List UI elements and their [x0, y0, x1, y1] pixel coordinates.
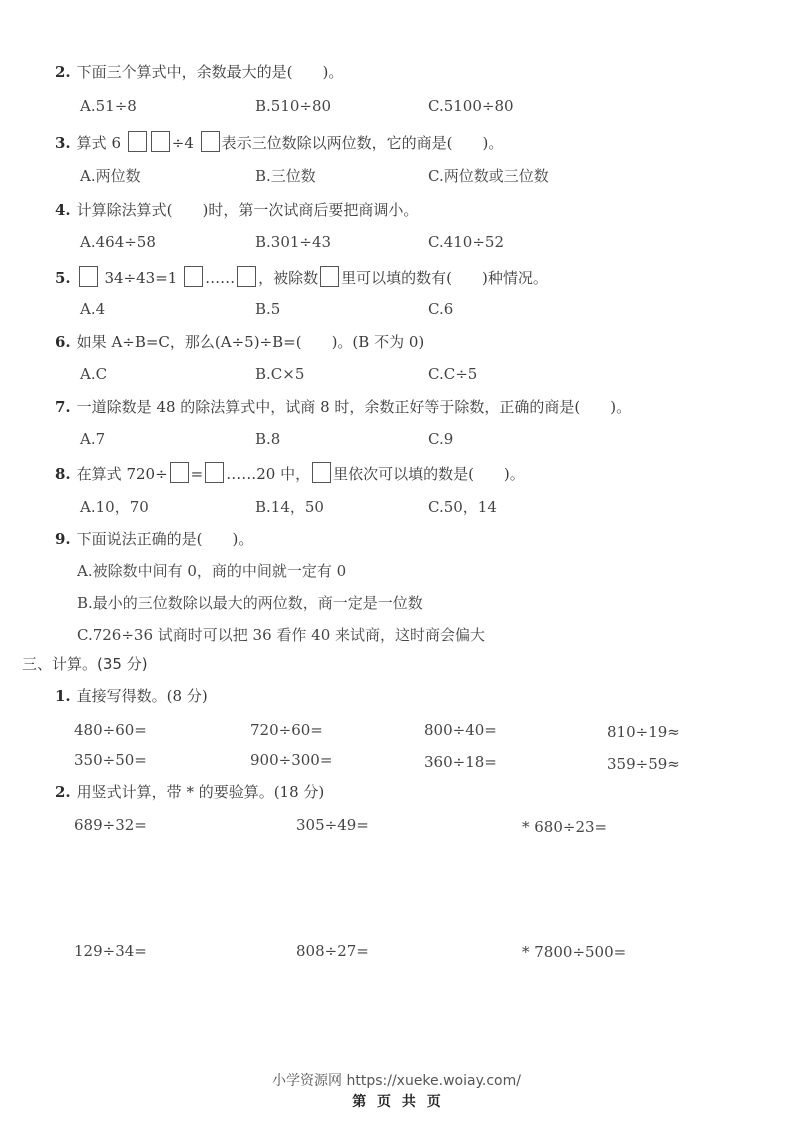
blank-box[interactable]: [320, 266, 339, 287]
part-2-heading: 2.用竖式计算，带 * 的要验算。(18 分): [55, 782, 324, 802]
option-c: C.C÷5: [428, 364, 477, 384]
calc-item: 810÷19≈: [607, 722, 680, 742]
option-b: B.最小的三位数除以最大的两位数，商一定是一位数: [77, 593, 423, 613]
option-a: A.被除数中间有 0，商的中间就一定有 0: [77, 561, 346, 581]
question-text-part4: 里依次可以填的数是( )。: [333, 465, 525, 483]
question-6: 6.如果 A÷B=C，那么(A÷5)÷B=( )。(B 不为 0): [55, 332, 424, 352]
option-b: B.三位数: [255, 166, 316, 186]
blank-box[interactable]: [170, 462, 189, 483]
question-8: 8.在算式 720÷=……20 中，里依次可以填的数是( )。: [55, 462, 525, 484]
blank-box[interactable]: [201, 131, 220, 152]
calc-item: 480÷60=: [74, 720, 147, 740]
question-number: 8.: [55, 465, 71, 483]
question-number: 6.: [55, 333, 71, 351]
calc-item: 359÷59≈: [607, 754, 680, 774]
option-a: A.4: [80, 299, 105, 319]
calc-item: 350÷50=: [74, 750, 147, 770]
option-b: B.C×5: [255, 364, 304, 384]
question-text: 一道除数是 48 的除法算式中，试商 8 时，余数正好等于除数，正确的商是( )…: [77, 398, 631, 416]
calc-item: 360÷18=: [424, 752, 497, 772]
option-a: A.7: [80, 429, 105, 449]
question-5: 5. 34÷43=1 ……，被除数里可以填的数有( )种情况。: [55, 266, 548, 288]
calc-item: 808÷27=: [296, 941, 369, 961]
blank-box[interactable]: [312, 462, 331, 483]
calc-item: * 680÷23=: [522, 817, 607, 837]
question-number: 9.: [55, 530, 71, 548]
option-a: A.10，70: [80, 497, 149, 517]
question-number: 7.: [55, 398, 71, 416]
option-b: B.510÷80: [255, 96, 331, 116]
question-9: 9.下面说法正确的是( )。: [55, 529, 253, 549]
blank-box[interactable]: [205, 462, 224, 483]
question-number: 4.: [55, 201, 71, 219]
option-b: B.301÷43: [255, 232, 331, 252]
calc-item: 305÷49=: [296, 815, 369, 835]
calc-item: 129÷34=: [74, 941, 147, 961]
part-title: 用竖式计算，带 * 的要验算。(18 分): [77, 783, 325, 801]
question-3: 3.算式 6 ÷4 表示三位数除以两位数，它的商是( )。: [55, 131, 503, 153]
question-text-prefix: 算式 6: [77, 134, 121, 152]
part-1-heading: 1.直接写得数。(8 分): [55, 686, 208, 706]
option-b: B.14，50: [255, 497, 324, 517]
part-number: 1.: [55, 687, 71, 705]
question-text-part1: 在算式 720÷: [77, 465, 168, 483]
option-a: A.464÷58: [80, 232, 156, 252]
question-text-part3: ，被除数: [258, 269, 318, 287]
option-a: A.51÷8: [80, 96, 137, 116]
option-c: C.410÷52: [428, 232, 504, 252]
option-a: A.C: [80, 364, 107, 384]
part-number: 2.: [55, 783, 71, 801]
part-title: 直接写得数。(8 分): [77, 687, 208, 705]
option-c: C.9: [428, 429, 453, 449]
question-text-part1: 34÷43=1: [104, 269, 177, 287]
option-c: C.两位数或三位数: [428, 166, 549, 186]
footer-page-number: 第 页 共 页: [0, 1092, 793, 1112]
option-c: C.6: [428, 299, 453, 319]
question-text: 下面三个算式中，余数最大的是( )。: [77, 63, 344, 81]
question-number: 5.: [55, 269, 71, 287]
question-text-suffix: 表示三位数除以两位数，它的商是( )。: [222, 134, 504, 152]
blank-box[interactable]: [128, 131, 147, 152]
option-c: C.726÷36 试商时可以把 36 看作 40 来试商，这时商会偏大: [77, 625, 485, 645]
option-a: A.两位数: [80, 166, 141, 186]
calc-item: 900÷300=: [250, 750, 332, 770]
section-title: 三、计算。(35 分): [22, 654, 148, 674]
blank-box[interactable]: [79, 266, 98, 287]
question-7: 7.一道除数是 48 的除法算式中，试商 8 时，余数正好等于除数，正确的商是(…: [55, 397, 631, 417]
question-text-part2: =: [191, 465, 204, 483]
question-text-mid: ÷4: [172, 134, 194, 152]
option-b: B.8: [255, 429, 280, 449]
blank-box[interactable]: [151, 131, 170, 152]
question-4: 4.计算除法算式( )时，第一次试商后要把商调小。: [55, 200, 418, 220]
question-text: 计算除法算式( )时，第一次试商后要把商调小。: [77, 201, 419, 219]
blank-box[interactable]: [184, 266, 203, 287]
question-number: 2.: [55, 63, 71, 81]
question-text: 下面说法正确的是( )。: [77, 530, 254, 548]
calc-item: 800÷40=: [424, 720, 497, 740]
option-b: B.5: [255, 299, 280, 319]
calc-item: * 7800÷500=: [522, 942, 626, 962]
question-text-part4: 里可以填的数有( )种情况。: [341, 269, 548, 287]
calc-item: 689÷32=: [74, 815, 147, 835]
question-text-part2: ……: [205, 269, 235, 287]
option-c: C.50，14: [428, 497, 497, 517]
question-number: 3.: [55, 134, 71, 152]
question-text-part3: ……20 中，: [226, 465, 310, 483]
question-text: 如果 A÷B=C，那么(A÷5)÷B=( )。(B 不为 0): [77, 333, 425, 351]
blank-box[interactable]: [237, 266, 256, 287]
footer-source: 小学资源网 https://xueke.woiay.com/: [0, 1071, 793, 1091]
option-c: C.5100÷80: [428, 96, 514, 116]
calc-item: 720÷60=: [250, 720, 323, 740]
question-2: 2.下面三个算式中，余数最大的是( )。: [55, 62, 343, 82]
